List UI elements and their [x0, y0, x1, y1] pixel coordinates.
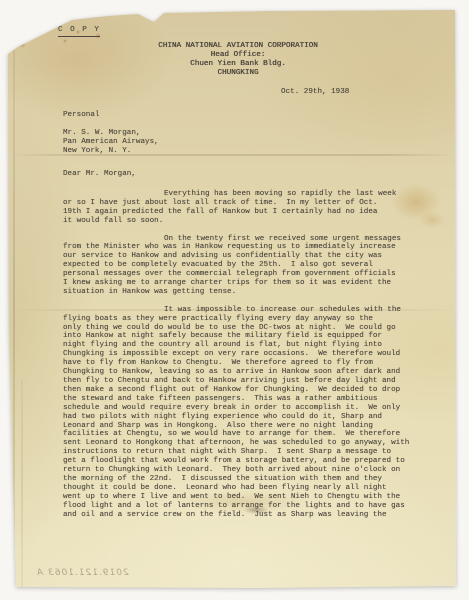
letter-line: facilities at Chengtu, so we would have … — [63, 430, 427, 439]
letter-line: personal messages over the commercial te… — [63, 270, 427, 279]
letter-line: our service to Hankow and advising us co… — [63, 252, 427, 261]
recipient-line: Mr. S. W. Morgan, — [63, 129, 159, 138]
letter-line: or so I have just about lost all track o… — [63, 199, 427, 208]
letter-line: Chungking to Hankow, leaving so as to ar… — [63, 368, 427, 377]
letter-line: situation in Hankow was getting tense. — [63, 288, 427, 297]
copy-stamp: C O P Y — [58, 26, 100, 37]
recipient-address-block: Mr. S. W. Morgan,Pan American Airways,Ne… — [63, 129, 159, 156]
privacy-label: Personal — [63, 111, 99, 120]
letterhead-office: Head Office: — [63, 51, 413, 60]
letter-paragraph: Everything has been moving so rapidly th… — [63, 190, 427, 226]
scanned-letter-background: C O P Y CHINA NATIONAL AVIATION CORPORAT… — [0, 0, 469, 600]
letter-line: instructions to return that night with S… — [63, 448, 427, 457]
letter-line: then make a second flight out of Hankow … — [63, 386, 427, 395]
letter-line: had two pilots with night flying experie… — [63, 413, 427, 422]
letter-line: I knew asking me to arrange charter trip… — [63, 279, 427, 288]
letter-line: night flying and the country all around … — [63, 341, 427, 350]
letter-paragraph: It was impossible to increase our schedu… — [63, 306, 427, 520]
letter-line: return to Chungking with Leonard. They b… — [63, 466, 427, 475]
letterhead: CHINA NATIONAL AVIATION CORPORATION Head… — [63, 42, 413, 78]
letter-page-wrapper: C O P Y CHINA NATIONAL AVIATION CORPORAT… — [8, 10, 456, 588]
letterhead-building: Chuen Yien Bank Bldg. — [63, 60, 413, 69]
salutation: Dear Mr. Morgan, — [63, 170, 136, 179]
letter-line: Chungking is impossible except on very r… — [63, 350, 427, 359]
letter-page: C O P Y CHINA NATIONAL AVIATION CORPORAT… — [8, 10, 456, 588]
letter-line: it would fall so soon. — [63, 217, 427, 226]
letter-line: Everything has been moving so rapidly th… — [63, 190, 427, 199]
letter-line: get a floodlight that would work from a … — [63, 457, 427, 466]
letter-body: Everything has been moving so rapidly th… — [63, 190, 427, 528]
letter-date: Oct. 29th, 1938 — [281, 88, 349, 97]
recipient-line: New York, N. Y. — [63, 147, 159, 156]
letter-line: from the Minister who was in Hankow requ… — [63, 243, 427, 252]
letter-line: sent Leonard to Hongkong that afternoon,… — [63, 439, 427, 448]
letter-line: and oil and a service crew on the field.… — [63, 511, 427, 520]
letterhead-city: CHUNGKING — [63, 69, 413, 78]
letter-line: It was impossible to increase our schedu… — [63, 306, 427, 315]
letter-line: went up to where I live and went to bed.… — [63, 493, 427, 502]
verso-accession-number: 2019.121.1063 A — [36, 568, 129, 578]
letter-line: expected to be completely evacuated by t… — [63, 261, 427, 270]
letter-line: flood light and a lot of lanterns to arr… — [63, 502, 427, 511]
letter-line: the morning of the 22nd. I discussed the… — [63, 475, 427, 484]
letter-line: have to fly from Hankow to Chengtu. We t… — [63, 359, 427, 368]
letter-line: thought it could be done. Leonard who ha… — [63, 484, 427, 493]
letter-line: the steward and take fifteen passengers.… — [63, 395, 427, 404]
recipient-line: Pan American Airways, — [63, 138, 159, 147]
letterhead-organization: CHINA NATIONAL AVIATION CORPORATION — [63, 42, 413, 51]
letter-line: flying boats as they were practically fl… — [63, 315, 427, 324]
vertical-fold-crease — [13, 10, 15, 588]
vertical-fold-crease — [21, 380, 23, 588]
letter-line: then fly to Chengtu and back to Hankow a… — [63, 377, 427, 386]
letter-line: 19th I again predicted the fall of Hanko… — [63, 208, 427, 217]
letter-line: schedule and would require every break i… — [63, 404, 427, 413]
letter-paragraph: On the twenty first we received some urg… — [63, 235, 427, 297]
